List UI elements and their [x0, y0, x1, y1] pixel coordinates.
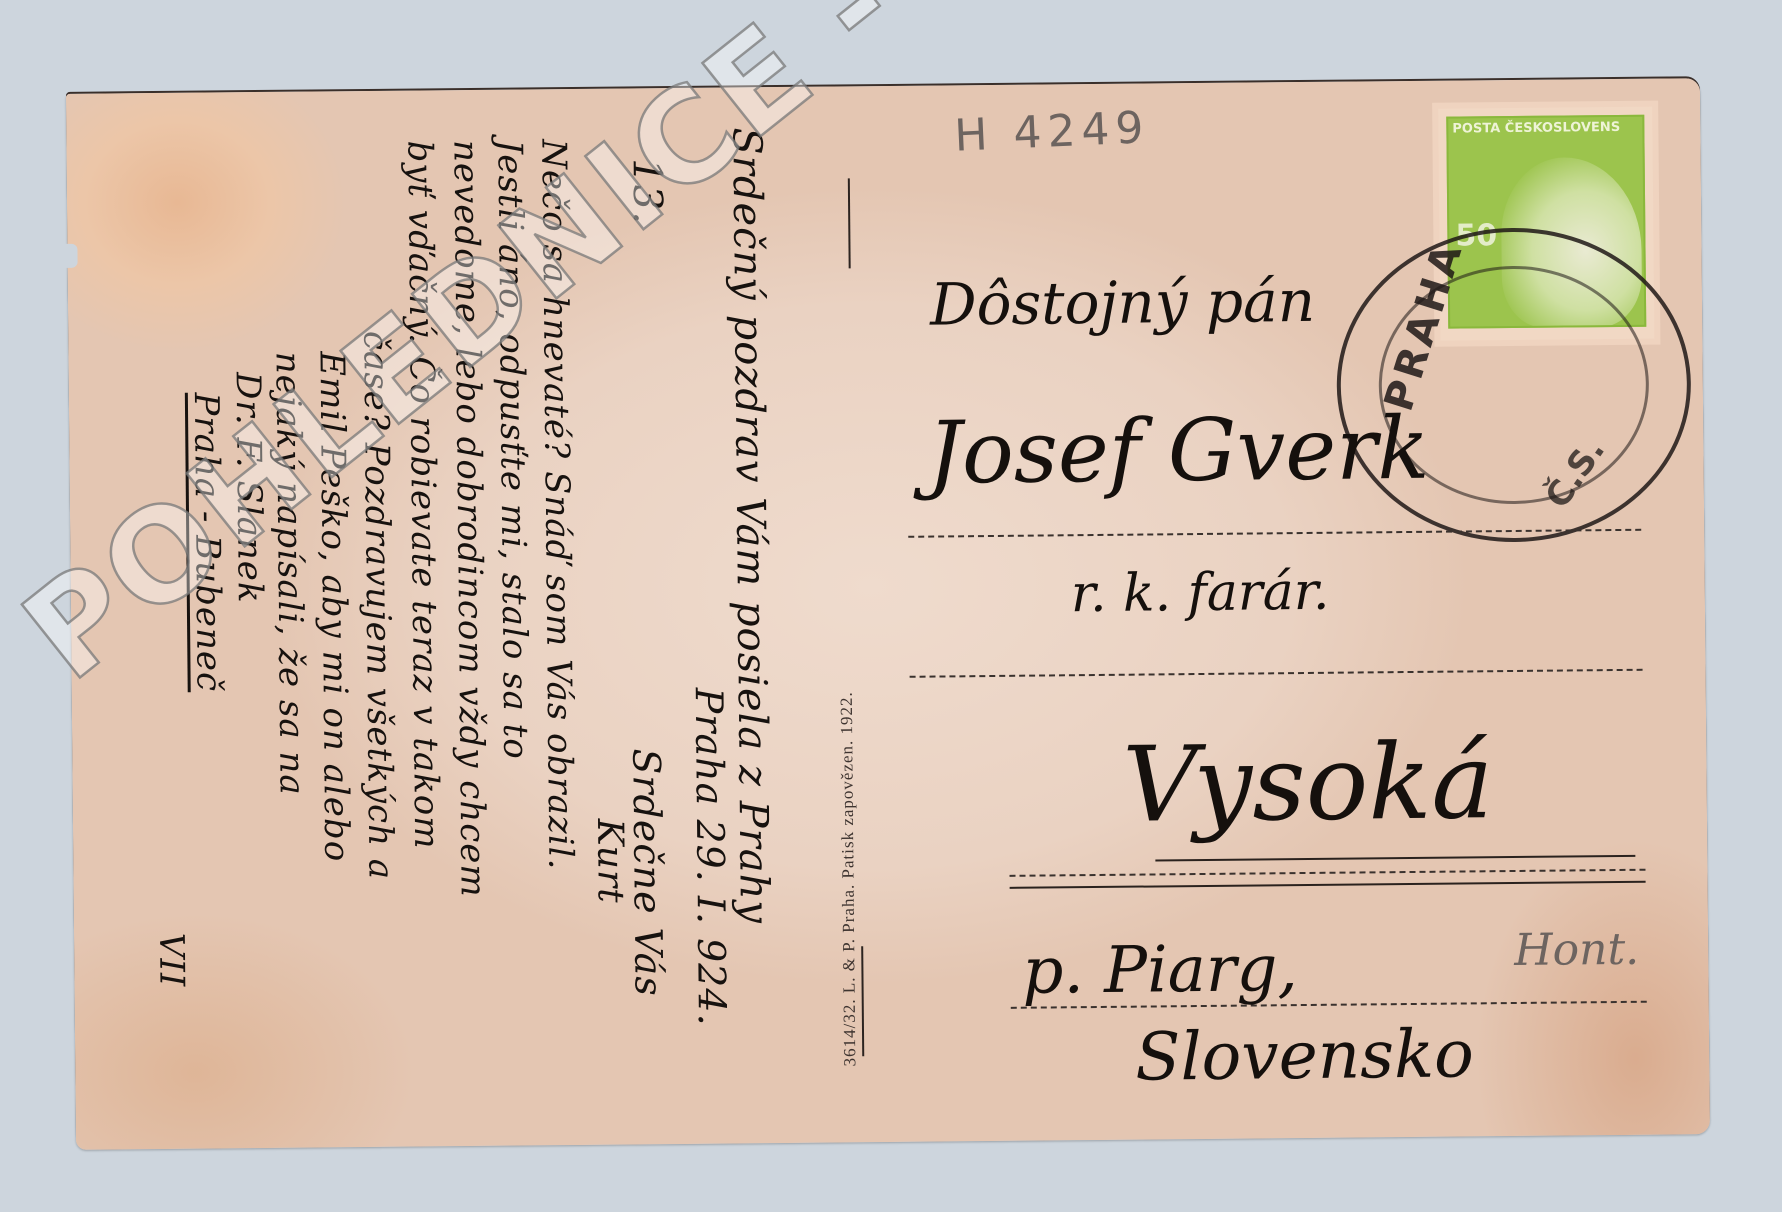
address-line-3b — [1010, 881, 1646, 889]
message-closing: Srdečne Vás — [627, 748, 667, 997]
message-district: VII — [154, 933, 189, 988]
printed-imprint: 3614/32. L. & P. Praha. Patisk zapovězen… — [833, 266, 861, 1066]
postcard: H 4249 3614/32. L. & P. Praha. Patisk za… — [66, 78, 1710, 1150]
message-line: Nečo sa hnevaté? Snáď som Vás obrazil. — [536, 139, 577, 870]
message-signature-kurt: Kurt — [591, 819, 628, 904]
address-title: r. k. farár. — [1071, 562, 1330, 624]
message-line: Jestli áno, odpusťte mi, stalo sa to — [492, 139, 532, 760]
message-line: nevedome, lebo dobrodincom vždy chcem — [448, 140, 489, 898]
message-line: čase? Pozdravujem všetkých a — [358, 331, 397, 880]
address-post: p. Piarg, — [1022, 932, 1298, 1009]
address-salutation: Dôstojný pán — [930, 267, 1316, 339]
message-line: byť vďačný. Čo robievate teraz v takom — [402, 140, 443, 849]
town-underline — [1155, 855, 1635, 862]
divider-top — [848, 178, 851, 268]
address-line-2 — [910, 669, 1643, 678]
address-line-3 — [1010, 869, 1646, 877]
address-name: Josef Gverk — [927, 399, 1430, 504]
divider-bottom — [861, 946, 864, 1056]
address-town: Vysoká — [1122, 720, 1494, 846]
stamp-country-text: POSTA ČESKOSLOVENS — [1452, 120, 1642, 137]
message-signature: Dr. F. Slanek — [231, 372, 267, 604]
message-line: nejaký napísali, že sa na — [270, 352, 308, 796]
pencil-inventory-mark: H 4249 — [953, 102, 1150, 162]
address-country: Slovensko — [1135, 1015, 1474, 1095]
address-county: Hont. — [1514, 924, 1639, 976]
torn-notch — [63, 244, 77, 268]
message-date: Praha 29. I. 924. — [690, 688, 731, 1027]
message-number: 13. — [627, 158, 668, 225]
message-line: Emil Peško, aby mi on alebo — [314, 351, 353, 862]
message-line: Srdečný pozdrav Vám posiela z Prahy — [726, 127, 774, 924]
message-sender-address: Praha - Bubeneč — [189, 392, 226, 692]
